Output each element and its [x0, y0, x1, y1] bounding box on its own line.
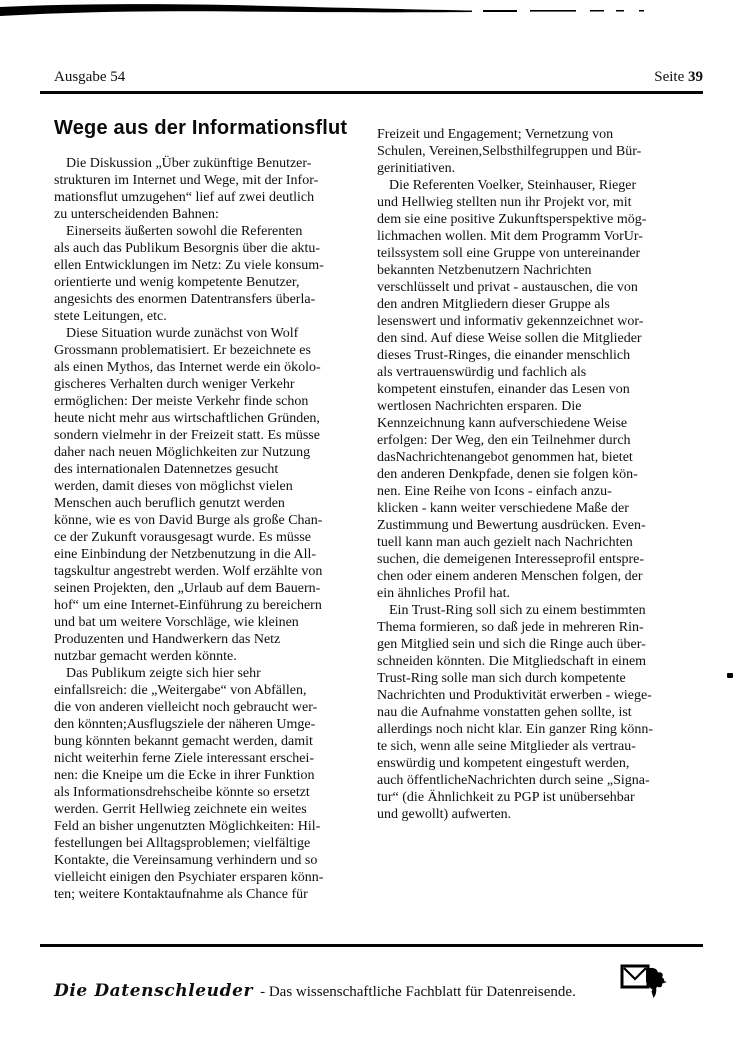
page-label: Seite — [654, 69, 684, 85]
column-left: Die Diskussion „Über zukünftige Benutzer… — [54, 155, 370, 903]
paragraph: Einerseits äußerten sowohl die Referente… — [54, 223, 370, 325]
header-rule — [40, 91, 703, 94]
scan-artifact-line — [0, 0, 739, 22]
page-indicator: Seite 39 — [654, 69, 703, 86]
paragraph: Das Publikum zeigte sich hier sehr einfa… — [54, 665, 370, 903]
page-number: 39 — [688, 69, 703, 85]
paragraph: Die Diskussion „Über zukünftige Benutzer… — [54, 155, 370, 223]
page-footer: Die Datenschleuder- Das wissenschaftlich… — [54, 981, 614, 1001]
issue-label: Ausgabe 54 — [54, 69, 125, 86]
magazine-tagline: - Das wissenschaftliche Fachblatt für Da… — [260, 984, 576, 1000]
paragraph: Diese Situation wurde zunächst von Wolf … — [54, 325, 370, 665]
paragraph: Die Referenten Voelker, Steinhauser, Rie… — [377, 177, 705, 602]
column-right: Freizeit und Engagement; Vernetzung von … — [377, 126, 705, 823]
footer-rule — [40, 944, 703, 947]
paragraph: Ein Trust-Ring soll sich zu einem bestim… — [377, 602, 705, 823]
article-title: Wege aus der Informationsflut — [54, 117, 347, 140]
scan-speck — [727, 673, 733, 678]
page-header: Ausgabe 54 Seite 39 — [54, 69, 703, 86]
magazine-brand: Die Datenschleuder — [54, 981, 253, 1001]
datenschleuder-logo-icon — [618, 958, 670, 1010]
paragraph: Freizeit und Engagement; Vernetzung von … — [377, 126, 705, 177]
magazine-page: Ausgabe 54 Seite 39 Wege aus der Informa… — [0, 0, 739, 1055]
